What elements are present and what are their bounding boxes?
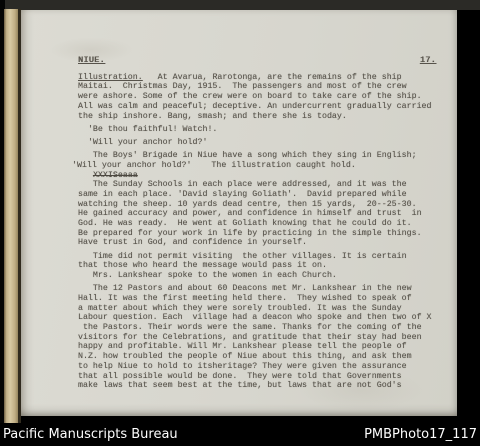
typewritten-line: Be prepared for your work in life by pra… — [78, 229, 436, 239]
typewritten-line: watching the sheep. 10 yards dead centre… — [78, 200, 436, 210]
page-number: 17. — [420, 56, 436, 66]
typewritten-line: make laws that seem best at the time, bu… — [78, 381, 436, 391]
footer-photo-id: PMBPhoto17_117 — [364, 427, 477, 442]
typewritten-line: Maitai. Christmas Day, 1915. The passeng… — [78, 82, 436, 92]
typewritten-line: Hall. It was the first meeting held ther… — [78, 294, 436, 304]
typewritten-line: Illustration. At Avarua, Rarotonga, are … — [78, 73, 436, 83]
typewritten-line: a matter about which they were sorely tr… — [78, 304, 436, 314]
book-edge-shadow — [0, 0, 480, 10]
page-header: NIUE. 17. — [78, 56, 436, 66]
typewritten-line: same in each place. 'David slaying Golia… — [78, 190, 436, 200]
typewritten-line: the Pastors. Their words were the same. … — [78, 323, 436, 333]
typewritten-line: were ashore. Some of the crew were on bo… — [78, 92, 436, 102]
manuscript-page: NIUE. 17. Illustration. At Avarua, Rarot… — [21, 10, 457, 416]
typewritten-line: Have trust in God, and confidence in you… — [78, 238, 436, 248]
footer-source-label: Pacific Manuscripts Bureau — [3, 427, 178, 442]
page-heading: NIUE. — [78, 56, 105, 66]
catalog-footer-bar: Pacific Manuscripts Bureau PMBPhoto17_11… — [0, 423, 480, 446]
typewritten-line: 'Be thou faithful! Watch!. — [78, 125, 436, 135]
typewritten-content: NIUE. 17. Illustration. At Avarua, Rarot… — [78, 56, 436, 391]
typewritten-line: 'Will your anchor hold?' — [78, 138, 436, 148]
typewritten-line: happy and profitable. Will Mr. Lankshear… — [78, 342, 436, 352]
typewritten-line: XXXISeaaa — [78, 171, 436, 181]
typewritten-text-block: Illustration. At Avarua, Rarotonga, are … — [78, 73, 436, 391]
typewritten-line: that all possible would be done. They we… — [78, 372, 436, 382]
typewritten-line: the ship inshore. Bang, smash; and there… — [78, 112, 436, 122]
typewritten-line: Labour question. Each village had a deac… — [78, 313, 436, 323]
typewritten-line: The 12 Pastors and about 60 Deacons met … — [78, 284, 436, 294]
typewritten-line: God. He was ready. He went at Goliath kn… — [78, 219, 436, 229]
book-fore-edge — [4, 9, 21, 426]
typewritten-line: 'Will your anchor hold?' The illustratio… — [72, 161, 436, 171]
typewritten-line: He gained accuracy and power, and confid… — [78, 209, 436, 219]
typewritten-line: The Sunday Schools in each place were ad… — [78, 180, 436, 190]
typewritten-line: that those who heard the message would p… — [78, 261, 436, 271]
typewritten-line: The Boys' Brigade in Niue have a song wh… — [78, 151, 436, 161]
typewritten-line: Mrs. Lankshear spoke to the women in eac… — [78, 271, 436, 281]
typewritten-line: Time did not permit visiting the other v… — [78, 252, 436, 262]
typewritten-line: to help Niue to hold to itsheritage? The… — [78, 362, 436, 372]
typewritten-line: N.Z. how troubled the people of Niue abo… — [78, 352, 436, 362]
typewritten-line: All was calm and peaceful; deceptive. An… — [78, 102, 436, 112]
